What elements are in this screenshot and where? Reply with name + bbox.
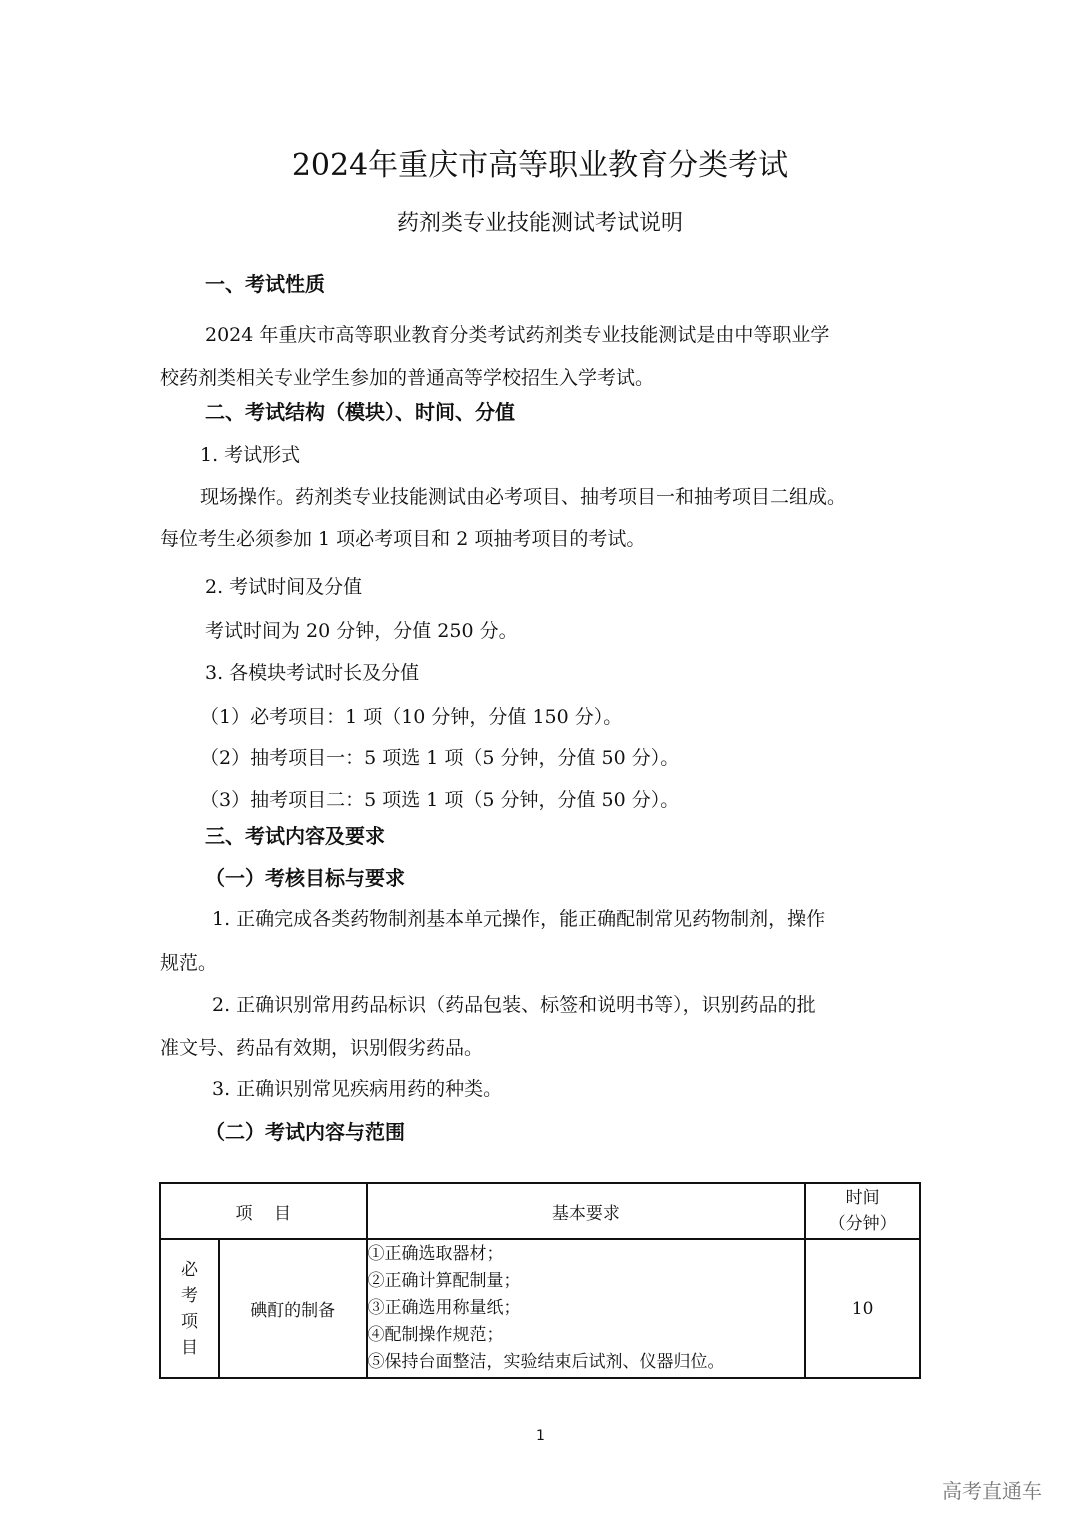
section-1-paragraph-line2: 校药剂类相关专业学生参加的普通高等学校招生入学考试。 — [160, 363, 654, 390]
category-char: 目 — [161, 1335, 218, 1361]
header-item: 项 目 — [160, 1183, 367, 1239]
requirement-item: ②正确计算配制量； — [368, 1268, 805, 1295]
requirement-item: ④配制操作规范； — [368, 1322, 805, 1349]
section-2-item3-sub3: （3）抽考项目二：5 项选 1 项（5 分钟，分值 50 分）。 — [200, 785, 679, 812]
section-1-paragraph-line1: 2024 年重庆市高等职业教育分类考试药剂类专业技能测试是由中等职业学 — [205, 320, 829, 347]
goal-1-line2: 规范。 — [160, 948, 217, 975]
exam-content-table: 项 目 基本要求 时间 （分钟） 必 考 项 目 碘酊的制备 ①正确选取器材； … — [159, 1182, 921, 1379]
watermark: 高考直通车 — [942, 1475, 1042, 1504]
section-2-item3-title: 3. 各模块考试时长及分值 — [205, 658, 419, 685]
section-2-item2-title: 2. 考试时间及分值 — [205, 572, 362, 599]
requirement-item: ③正确选用称量纸； — [368, 1295, 805, 1322]
goal-1-line1: 1. 正确完成各类药物制剂基本单元操作，能正确配制常见药物制剂，操作 — [212, 904, 825, 931]
row-requirements: ①正确选取器材； ②正确计算配制量； ③正确选用称量纸； ④配制操作规范； ⑤保… — [367, 1239, 806, 1378]
section-1-heading: 一、考试性质 — [205, 268, 325, 297]
goal-3: 3. 正确识别常见疾病用药的种类。 — [212, 1074, 502, 1101]
table-row: 必 考 项 目 碘酊的制备 ①正确选取器材； ②正确计算配制量； ③正确选用称量… — [160, 1239, 920, 1378]
requirement-item: ①正确选取器材； — [368, 1241, 805, 1268]
category-char: 项 — [161, 1309, 218, 1335]
section-3-heading: 三、考试内容及要求 — [205, 820, 385, 849]
section-2-item1-title: 1. 考试形式 — [200, 440, 300, 467]
table-header-row: 项 目 基本要求 时间 （分钟） — [160, 1183, 920, 1239]
header-time-line2: （分钟） — [806, 1211, 919, 1237]
section-3-sub2-heading: （二）考试内容与范围 — [205, 1116, 405, 1145]
category-char: 必 — [161, 1257, 218, 1283]
section-2-item1-line2: 每位考生必须参加 1 项必考项目和 2 项抽考项目的考试。 — [160, 524, 645, 551]
category-char: 考 — [161, 1283, 218, 1309]
goal-2-line2: 准文号、药品有效期，识别假劣药品。 — [160, 1033, 483, 1060]
section-2-item3-sub2: （2）抽考项目一：5 项选 1 项（5 分钟，分值 50 分）。 — [200, 743, 679, 770]
row-time: 10 — [805, 1239, 920, 1378]
requirement-item: ⑤保持台面整洁，实验结束后试剂、仪器归位。 — [368, 1349, 805, 1376]
section-2-heading: 二、考试结构（模块）、时间、分值 — [205, 396, 515, 425]
goal-2-line1: 2. 正确识别常用药品标识（药品包装、标签和说明书等），识别药品的批 — [212, 990, 816, 1017]
section-2-item1-line1: 现场操作。药剂类专业技能测试由必考项目、抽考项目一和抽考项目二组成。 — [200, 482, 846, 509]
header-time-line1: 时间 — [806, 1185, 919, 1211]
document-subtitle: 药剂类专业技能测试考试说明 — [0, 206, 1080, 237]
header-requirements: 基本要求 — [367, 1183, 806, 1239]
section-3-sub1-heading: （一）考核目标与要求 — [205, 862, 405, 891]
section-2-item3-sub1: （1）必考项目：1 项（10 分钟，分值 150 分）。 — [200, 702, 622, 729]
page-number: 1 — [536, 1428, 545, 1444]
row-category: 必 考 项 目 — [160, 1239, 219, 1378]
section-2-item2-text: 考试时间为 20 分钟，分值 250 分。 — [205, 616, 518, 643]
document-title: 2024年重庆市高等职业教育分类考试 — [0, 140, 1080, 184]
header-time: 时间 （分钟） — [805, 1183, 920, 1239]
row-name: 碘酊的制备 — [219, 1239, 367, 1378]
